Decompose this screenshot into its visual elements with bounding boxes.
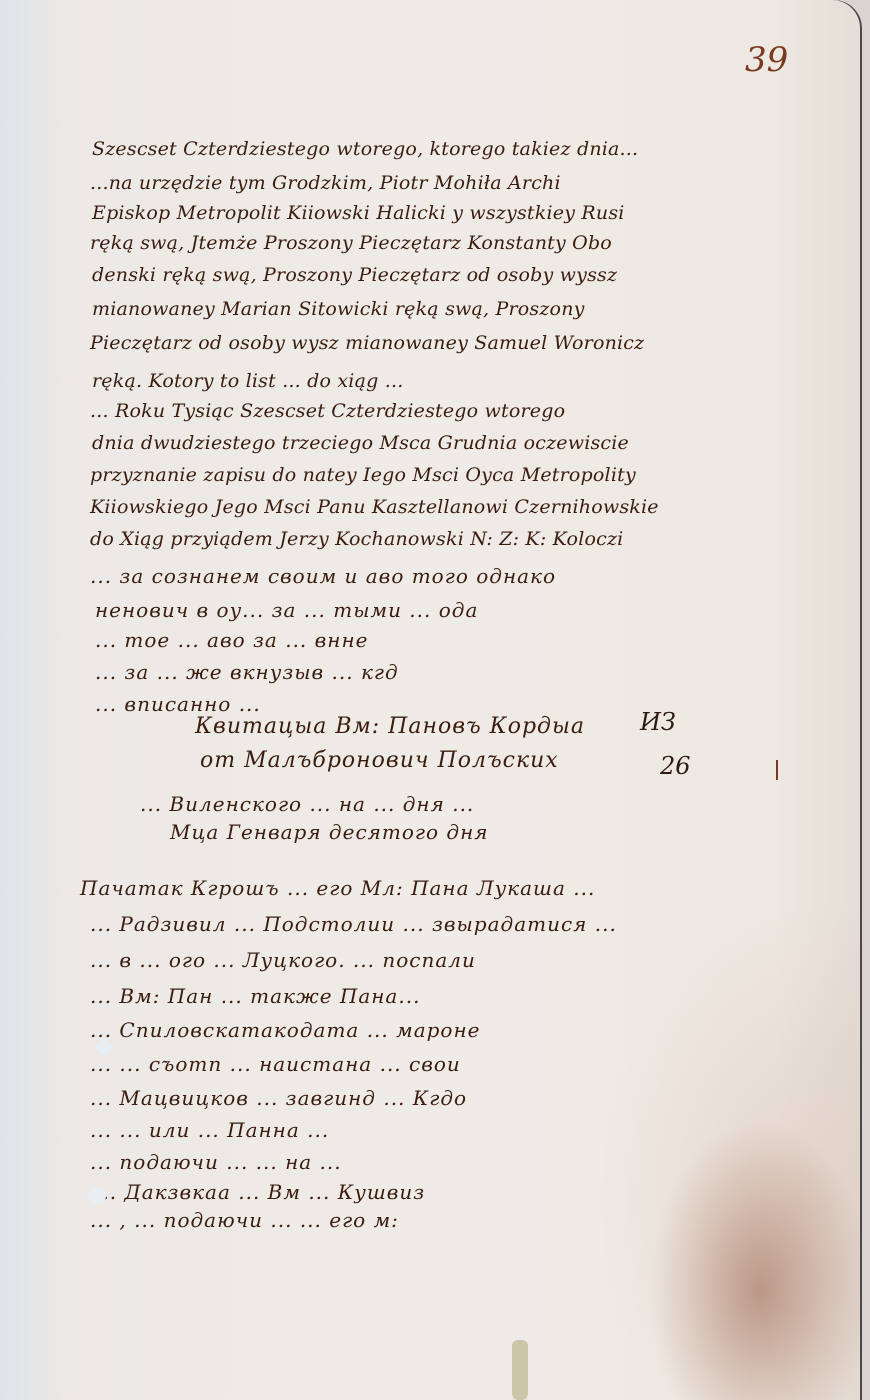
margin-number: ИЗ — [640, 708, 676, 736]
text-line: ... ... съотп ... наистана ... свои — [90, 1052, 461, 1076]
text-line: denski ręką swą, Proszony Pieczętarz od … — [92, 264, 617, 286]
text-line: ręką swą, Jtemże Proszony Pieczętarz Kon… — [90, 232, 612, 254]
text-line: Szescset Czterdziestego wtorego, ktorego… — [92, 138, 638, 160]
text-line: ... в ... ого ... Луцкого. ... поспали — [90, 948, 476, 972]
text-line: ... ... или ... Панна ... — [90, 1118, 329, 1142]
text-line: ... тое ... аво за ... внне — [95, 628, 368, 652]
text-line: ... вписанно ... — [95, 692, 261, 716]
text-line: ... Виленского ... на ... дня ... — [140, 792, 474, 816]
text-line: ... Вм: Пан ... также Пана... — [90, 984, 420, 1008]
text-line: Мца Генваря десятого дня — [170, 820, 489, 844]
text-line: Пачатак Кгрошъ ... его Мл: Пана Лукаша .… — [80, 876, 595, 900]
text-line: ... Дакзвкаа ... Вм ... Кушвиз — [95, 1180, 425, 1204]
text-line: ... Радзивил ... Подстолии ... звырадати… — [90, 912, 617, 936]
entry-heading: от Малъбронович Полъских — [200, 748, 559, 773]
text-line: ... за сознанем своим и аво того однако — [90, 564, 556, 588]
paper-hole — [96, 1040, 112, 1054]
text-line: Episkop Metropolit Kiiowski Halicki y ws… — [92, 202, 625, 224]
text-line: dnia dwudziestego trzeciego Msca Grudnia… — [92, 432, 629, 454]
text-line: ненович в оу... за ... тыми ... ода — [95, 598, 478, 622]
text-line: przyznanie zapisu do natey Iego Msci Oyc… — [90, 464, 636, 486]
text-line: Pieczętarz od osoby wysz mianowaney Samu… — [90, 332, 644, 354]
text-line: ... , ... подаючи ... ... его м: — [90, 1208, 399, 1232]
text-line: ręką. Kotory to list ... do xiąg ... — [92, 370, 403, 392]
text-line: Kiiowskiego Jego Msci Panu Kasztellanowi… — [90, 496, 659, 518]
paper-hole — [88, 1188, 106, 1204]
text-line: ... Спиловскатакодата ... мароне — [90, 1018, 481, 1042]
text-line: ... Мацвицков ... завгинд ... Кгдо — [90, 1086, 467, 1110]
folio-number: 39 — [745, 40, 788, 80]
text-line: do Xiąg przyiądem Jerzy Kochanowski N: Z… — [90, 528, 623, 550]
text-line: ... за ... же вкнузыв ... кгд — [95, 660, 399, 684]
margin-number: 26 — [660, 752, 691, 780]
margin-mark — [776, 760, 778, 780]
manuscript-page: 39 Szescset Czterdziestego wtorego, ktor… — [0, 0, 862, 1400]
entry-heading: Квитацыа Вм: Пановъ Кордыа — [195, 714, 585, 739]
text-line: ...na urzędzie tym Grodzkim, Piotr Mohił… — [90, 172, 561, 194]
text-line: ... Roku Tysiąc Szescset Czterdziestego … — [90, 400, 565, 422]
text-line: ... подаючи ... ... на ... — [90, 1150, 342, 1174]
text-line: mianowaney Marian Sitowicki ręką swą, Pr… — [92, 298, 585, 320]
ink-stain — [512, 1340, 528, 1400]
